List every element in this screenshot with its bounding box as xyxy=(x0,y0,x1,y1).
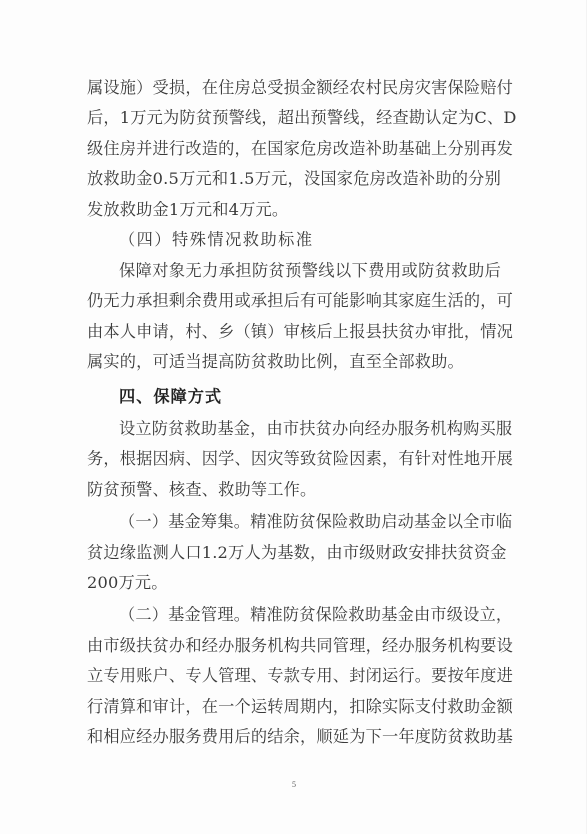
text-line: 设立防贫救助基金，由市扶贫办向经办服务机构购买服 xyxy=(119,414,501,444)
text-line: 由本人申请，村、乡（镇）审核后上报县扶贫办审批，情况 xyxy=(87,317,501,347)
text-line: 发放救助金1万元和4万元。 xyxy=(87,195,501,225)
text-line: 和相应经办服务费用后的结余，顺延为下一年度防贫救助基 xyxy=(87,722,501,752)
text-line: 属实的，可适当提高防贫救助比例，直至全部救助。 xyxy=(87,347,501,377)
text-line: 属设施）受损，在住房总受损金额经农村民房灾害保险赔付 xyxy=(87,73,501,103)
text-line: 由市级扶贫办和经办服务机构共同管理，经办服务机构要设 xyxy=(87,631,501,661)
text-line: 放救助金0.5万元和1.5万元，没国家危房改造补助的分别 xyxy=(87,164,501,194)
subsection-heading: （四）特殊情况救助标准 xyxy=(119,225,501,255)
text-line: （一）基金筹集。精准防贫保险救助启动基金以全市临 xyxy=(119,507,501,537)
page-number: 5 xyxy=(288,780,300,789)
text-line: 200万元。 xyxy=(87,568,501,598)
text-line: 立专用账户、专人管理、专款专用、封闭运行。要按年度进 xyxy=(87,661,501,691)
document-page: 属设施）受损，在住房总受损金额经农村民房灾害保险赔付后，1万元为防贫预警线，超出… xyxy=(0,0,587,834)
text-line: 级住房并进行改造的，在国家危房改造补助基础上分别再发 xyxy=(87,134,501,164)
text-line: 行清算和审计，在一个运转周期内，扣除实际支付救助金额 xyxy=(87,692,501,722)
text-line: 防贫预警、核查、救助等工作。 xyxy=(87,475,501,505)
text-line: 务，根据因病、因学、因灾等致贫险因素，有针对性地开展 xyxy=(87,444,501,474)
text-line: 保障对象无力承担防贫预警线以下费用或防贫救助后 xyxy=(119,256,501,286)
text-line: （二）基金管理。精准防贫保险救助基金由市级设立， xyxy=(119,600,501,630)
text-line: 贫边缘监测人口1.2万人为基数，由市级财政安排扶贫资金 xyxy=(87,538,501,568)
text-line: 后，1万元为防贫预警线，超出预警线，经查勘认定为C、D xyxy=(87,103,501,133)
text-line: 仍无力承担剩余费用或承担后有可能影响其家庭生活的，可 xyxy=(87,286,501,316)
section-heading: 四、保障方式 xyxy=(119,382,501,412)
